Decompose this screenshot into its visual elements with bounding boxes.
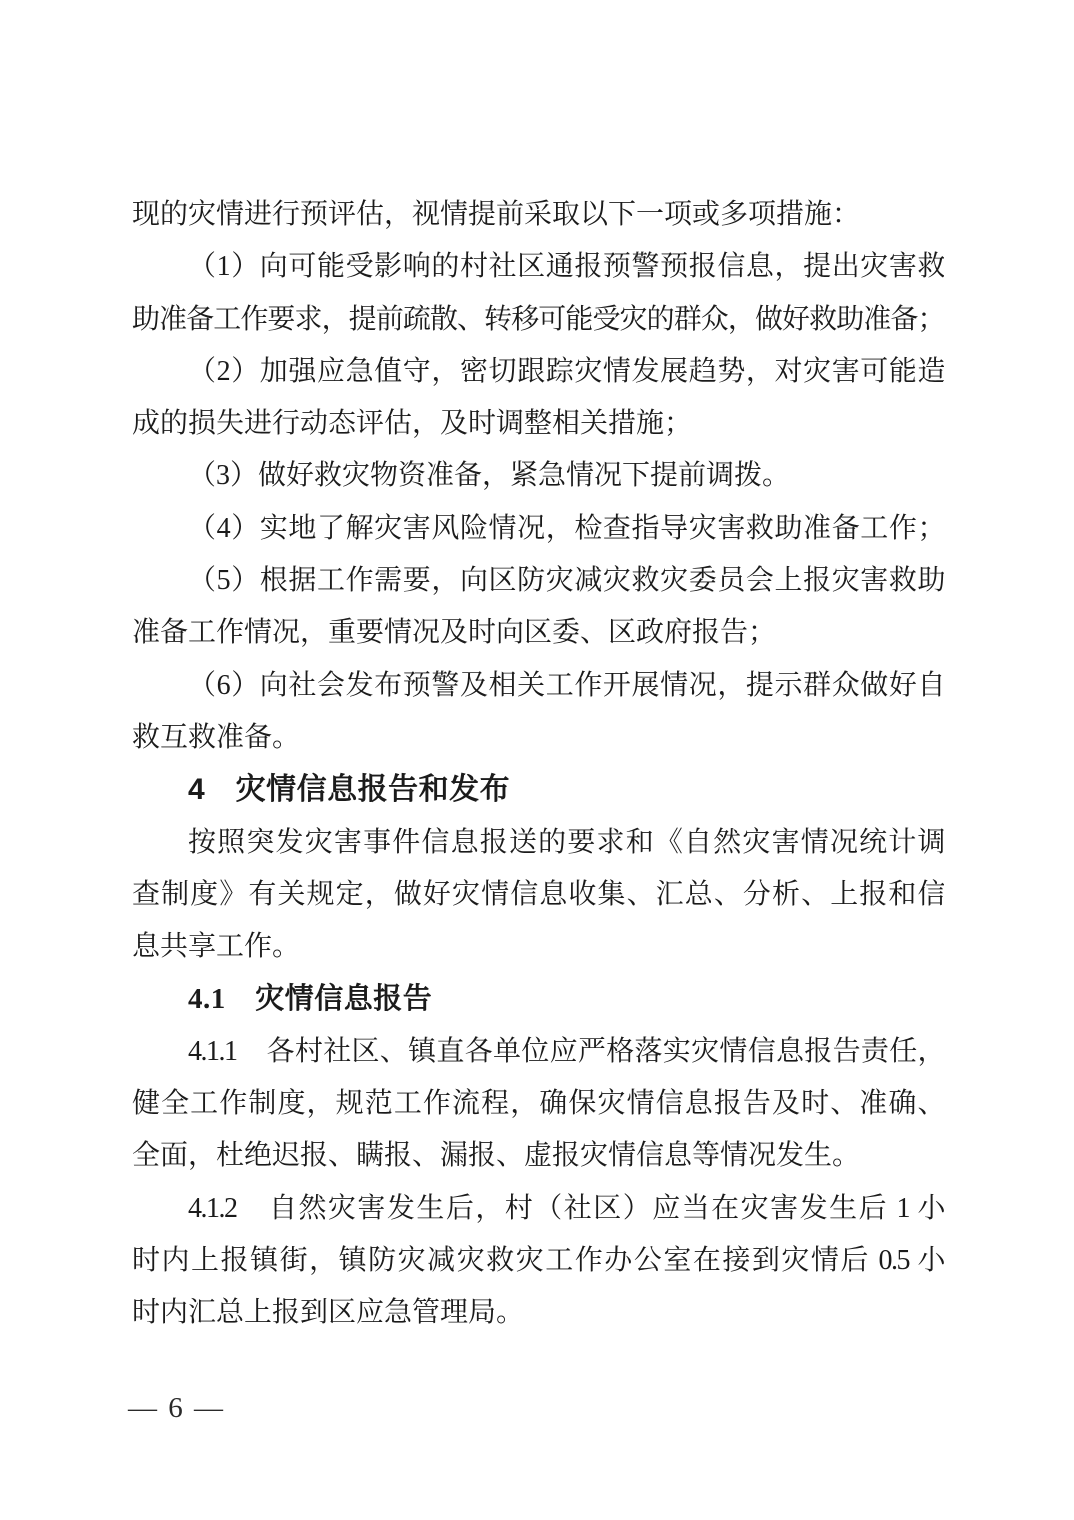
paragraph-line: 息共享工作。 — [132, 921, 944, 973]
paragraph-line: 现的灾情进行预评估，视情提前采取以下一项或多项措施： — [132, 189, 944, 241]
paragraph-line: 时内汇总上报到区应急管理局。 — [132, 1287, 944, 1339]
section-heading: 4 灾情信息报告和发布 — [132, 764, 944, 816]
paragraph-line: 健全工作制度，规范工作流程，确保灾情信息报告及时、准确、 — [132, 1078, 944, 1130]
document-page: 现的灾情进行预评估，视情提前采取以下一项或多项措施：（1）向可能受影响的村社区通… — [0, 0, 1074, 1520]
paragraph-line: 按照突发灾害事件信息报送的要求和《自然灾害情况统计调 — [132, 817, 944, 869]
subsection-heading: 4.1 灾情信息报告 — [132, 973, 944, 1025]
paragraph-line: （3）做好救灾物资准备，紧急情况下提前调拨。 — [132, 450, 944, 502]
paragraph-line: （1）向可能受影响的村社区通报预警预报信息，提出灾害救 — [132, 241, 944, 293]
document-content: 现的灾情进行预评估，视情提前采取以下一项或多项措施：（1）向可能受影响的村社区通… — [132, 189, 944, 1340]
paragraph-line: （6）向社会发布预警及相关工作开展情况，提示群众做好自 — [132, 660, 944, 712]
paragraph-line: 4.1.1 各村社区、镇直各单位应严格落实灾情信息报告责任， — [132, 1026, 944, 1078]
paragraph-line: 救互救准备。 — [132, 712, 944, 764]
paragraph-line: （4）实地了解灾害风险情况，检查指导灾害救助准备工作； — [132, 503, 944, 555]
paragraph-line: 全面，杜绝迟报、瞒报、漏报、虚报灾情信息等情况发生。 — [132, 1130, 944, 1182]
paragraph-line: （2）加强应急值守，密切跟踪灾情发展趋势，对灾害可能造 — [132, 346, 944, 398]
paragraph-line: 时内上报镇街，镇防灾减灾救灾工作办公室在接到灾情后 0.5 小 — [132, 1235, 944, 1287]
paragraph-line: 助准备工作要求，提前疏散、转移可能受灾的群众，做好救助准备； — [132, 294, 944, 346]
paragraph-line: 成的损失进行动态评估，及时调整相关措施； — [132, 398, 944, 450]
paragraph-line: 查制度》有关规定，做好灾情信息收集、汇总、分析、上报和信 — [132, 869, 944, 921]
page-number: — 6 — — [128, 1386, 225, 1430]
paragraph-line: （5）根据工作需要，向区防灾减灾救灾委员会上报灾害救助 — [132, 555, 944, 607]
paragraph-line: 准备工作情况，重要情况及时向区委、区政府报告； — [132, 607, 944, 659]
paragraph-line: 4.1.2 自然灾害发生后，村（社区）应当在灾害发生后 1 小 — [132, 1183, 944, 1235]
